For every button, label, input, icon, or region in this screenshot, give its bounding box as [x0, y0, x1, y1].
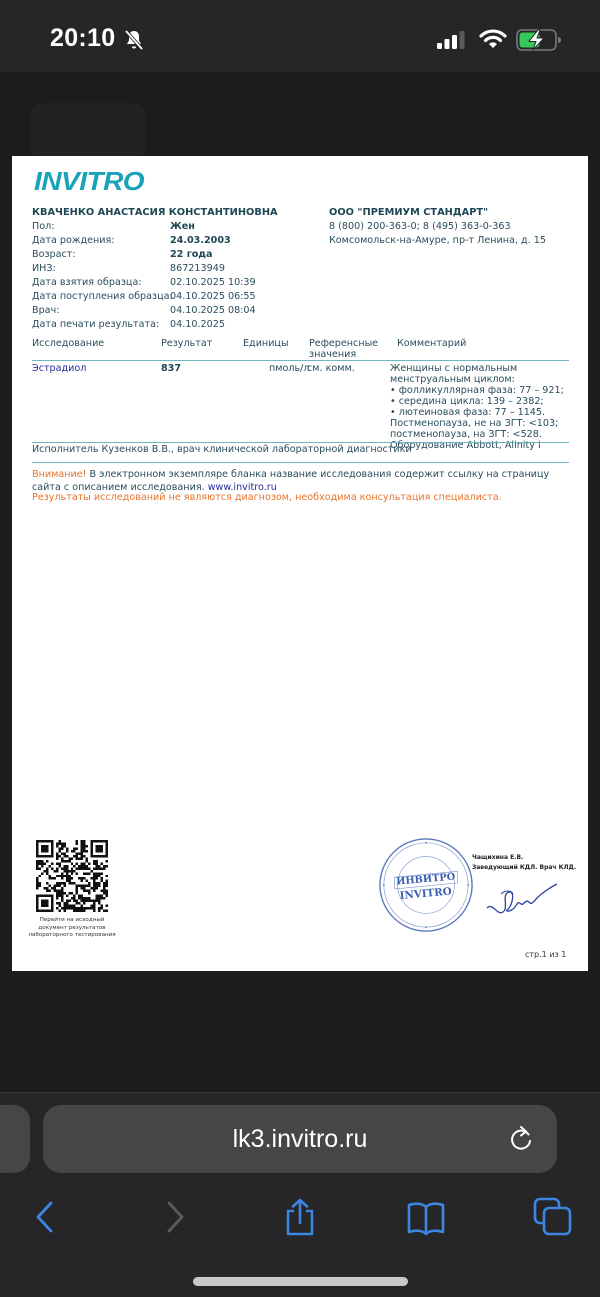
share-button[interactable]	[280, 1197, 320, 1237]
info-value: 04.10.2025	[170, 318, 225, 332]
divider	[32, 462, 569, 463]
comment-line: • середина цикла: 139 – 2382;	[390, 396, 575, 407]
info-value: 04.10.2025 08:04	[170, 304, 256, 318]
patient-info: Пол: Жен Дата рождения: 24.03.2003 Возра…	[32, 220, 332, 332]
info-label: Дата поступления образца:	[32, 290, 173, 304]
info-row-doctor: Врач: 04.10.2025 08:04	[32, 304, 332, 318]
info-value: 22 года	[170, 248, 213, 262]
info-label: Пол:	[32, 220, 54, 234]
info-row-sex: Пол: Жен	[32, 220, 332, 234]
info-row-sample-taken: Дата взятия образца: 02.10.2025 10:39	[32, 276, 332, 290]
lab-result-document: INVITRO КВАЧЕНКО АНАСТАСИЯ КОНСТАНТИНОВН…	[12, 156, 588, 971]
th-reference: Референсные значения	[309, 338, 378, 360]
cellular-signal-icon	[437, 30, 467, 50]
status-time: 20:10	[50, 24, 115, 53]
signer-name: Чащихина Е.В.	[472, 853, 576, 863]
back-button[interactable]	[25, 1197, 65, 1237]
invitro-logo: INVITRO	[34, 166, 144, 197]
info-row-inz: ИНЗ: 867213949	[32, 262, 332, 276]
url-text[interactable]: lk3.invitro.ru	[43, 1105, 557, 1173]
test-reference: см. комм.	[307, 363, 355, 374]
bell-slash-icon	[122, 28, 146, 52]
info-label: Врач:	[32, 304, 59, 318]
test-result: 837	[161, 363, 181, 374]
status-bar: 20:10	[0, 0, 600, 72]
reload-icon[interactable]	[507, 1125, 535, 1153]
comment-line: • фолликуллярная фаза: 77 – 921;	[390, 385, 575, 396]
info-value: Жен	[170, 220, 195, 234]
info-row-birthdate: Дата рождения: 24.03.2003	[32, 234, 332, 248]
notice: Внимание! В электронном экземпляре бланк…	[32, 468, 577, 494]
info-value: 02.10.2025 10:39	[170, 276, 256, 290]
comment-line: • лютеиновая фаза: 77 – 1145.	[390, 407, 575, 418]
th-comment: Комментарий	[397, 338, 466, 349]
wifi-icon	[479, 28, 507, 50]
disclaimer: Результаты исследований не являются диаг…	[32, 492, 502, 503]
table-header-divider	[32, 360, 569, 361]
patient-name: КВАЧЕНКО АНАСТАСИЯ КОНСТАНТИНОВНА	[32, 207, 278, 218]
th-result: Результат	[161, 338, 212, 349]
info-value: 867213949	[170, 262, 225, 276]
ghost-tab-button[interactable]	[30, 103, 146, 161]
th-units: Единицы	[243, 338, 289, 349]
tabs-button[interactable]	[533, 1197, 573, 1237]
info-label: Возраст:	[32, 248, 76, 262]
lab-name: ООО "ПРЕМИУМ СТАНДАРТ"	[329, 207, 488, 218]
home-indicator[interactable]	[193, 1277, 408, 1286]
test-comment: Женщины с нормальным менструальным цикло…	[390, 363, 575, 451]
info-row-sample-received: Дата поступления образца: 04.10.2025 06:…	[32, 290, 332, 304]
info-row-print-date: Дата печати результата: 04.10.2025	[32, 318, 332, 332]
table-bottom-divider	[32, 442, 569, 443]
battery-charging-icon	[516, 28, 562, 52]
test-units: пмоль/л	[269, 363, 310, 374]
lab-stamp: ИНВИТРО INVITRO	[377, 836, 475, 934]
lab-address: Комсомольск-на-Амуре, пр-т Ленина, д. 15	[329, 235, 546, 246]
comment-line: постменопауза, на ЗГТ: <528.	[390, 429, 575, 440]
signer: Чащихина Е.В. Заведующий КДЛ. Врач КЛД.	[472, 853, 576, 873]
info-row-age: Возраст: 22 года	[32, 248, 332, 262]
notice-text: В электронном экземпляре бланка название…	[32, 469, 549, 493]
notice-warning: Внимание!	[32, 469, 86, 480]
info-value: 04.10.2025 06:55	[170, 290, 256, 304]
page-number: стр.1 из 1	[525, 950, 566, 959]
address-bar[interactable]: lk3.invitro.ru	[43, 1105, 557, 1173]
info-label: Дата печати результата:	[32, 318, 159, 332]
lab-phone: 8 (800) 200-363-0; 8 (495) 363-0-363	[329, 221, 511, 232]
forward-button[interactable]	[155, 1197, 195, 1237]
signature	[479, 872, 559, 922]
bookmarks-button[interactable]	[406, 1197, 446, 1237]
browser-toolbar: lk3.invitro.ru	[0, 1092, 600, 1297]
comment-line: менструальным циклом:	[390, 374, 575, 385]
qr-caption: Перейти на исходный документ результатов…	[26, 917, 118, 940]
previous-tab[interactable]	[0, 1105, 30, 1173]
info-value: 24.03.2003	[170, 234, 231, 248]
qr-code[interactable]	[36, 840, 108, 912]
th-reference-line2: значения	[309, 349, 378, 360]
info-label: ИНЗ:	[32, 262, 56, 276]
comment-line: Постменопауза, не на ЗГТ: <103;	[390, 418, 575, 429]
info-label: Дата рождения:	[32, 234, 115, 248]
test-name-link[interactable]: Эстрадиол	[32, 363, 86, 374]
info-label: Дата взятия образца:	[32, 276, 142, 290]
comment-line: Женщины с нормальным	[390, 363, 575, 374]
th-test: Исследование	[32, 338, 104, 349]
th-reference-line1: Референсные	[309, 338, 378, 349]
performer: Исполнитель Кузенков В.В., врач клиничес…	[32, 444, 412, 455]
